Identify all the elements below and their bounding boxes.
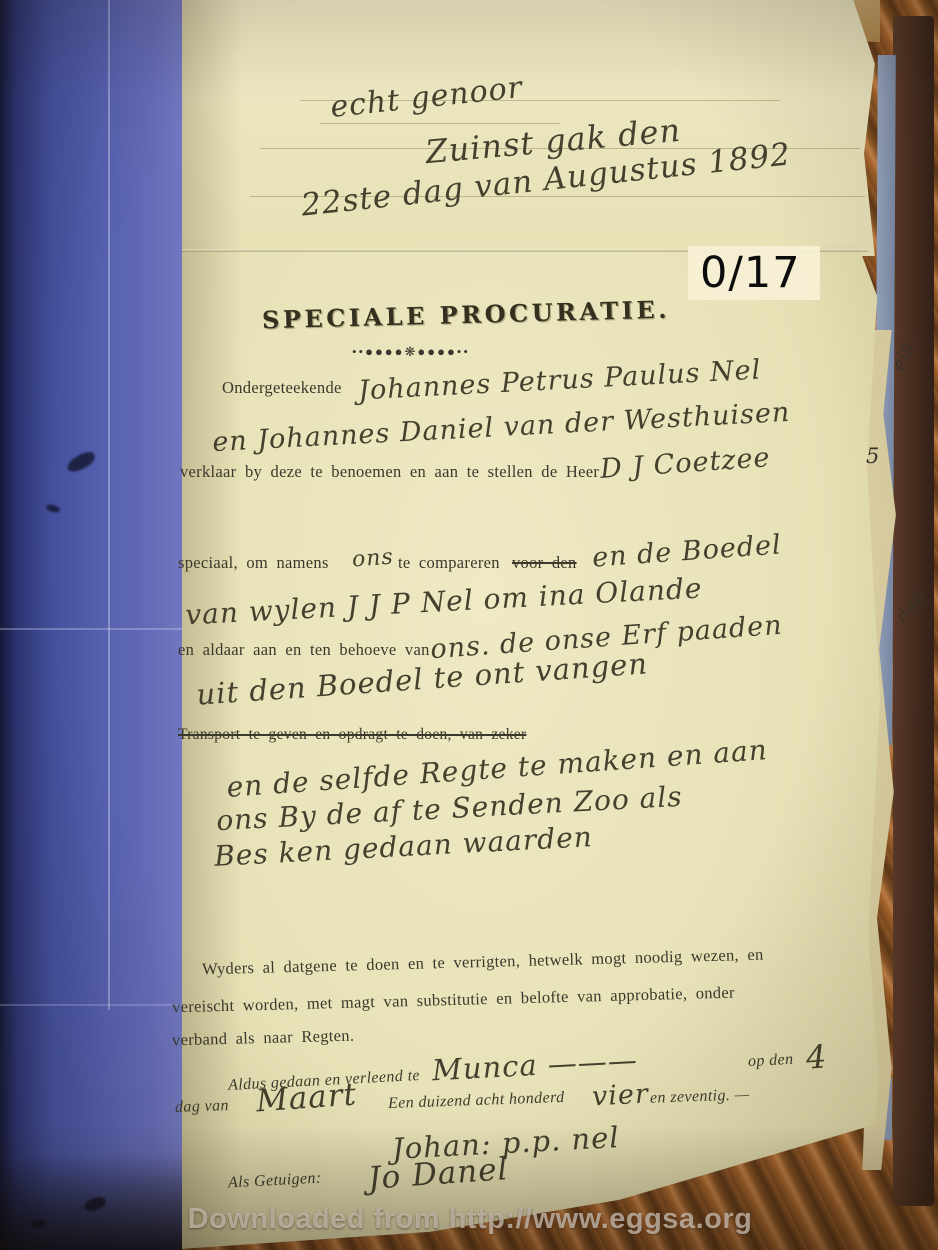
hw-ons: ons: [351, 545, 394, 573]
ink-smudge: [45, 503, 61, 514]
printed-benoemen: by deze te benoemen en aan te stellen de…: [245, 462, 599, 482]
printed-voor-den-struck: voor den: [512, 553, 577, 573]
printed-op-den: op den: [748, 1051, 794, 1071]
document-photo: echt genoor Zuinst gak den 22ste dag van…: [0, 0, 938, 1250]
title-ornament: ••●●●●❋●●●●••: [352, 344, 470, 360]
hw-year-word: vier: [591, 1079, 649, 1113]
cover-crease: [108, 0, 110, 1010]
eggsa-watermark: Downloaded from http://www.eggsa.org: [140, 1203, 800, 1236]
margin-ink-fragment: 5: [866, 444, 879, 468]
ink-smudge: [64, 449, 97, 474]
printed-compareren: te compareren: [398, 553, 500, 573]
printed-zeventig: en zeventig. —: [650, 1086, 750, 1107]
printed-transport-struck: Transport te geven en opdragt te doen, v…: [178, 726, 526, 744]
hw-month: Maart: [255, 1077, 358, 1120]
cover-crease: [0, 628, 182, 630]
printed-aldaar: en aldaar aan en ten behoeve van: [178, 640, 430, 660]
printed-dag-van: dag van: [175, 1097, 230, 1117]
hw-day-number: 4: [805, 1037, 829, 1076]
cover-crease: [0, 1004, 182, 1006]
printed-verklaar: verklaar: [180, 462, 236, 482]
image-counter-label: 0/17: [700, 248, 801, 298]
printed-ondergeteekende: Ondergeteekende: [222, 378, 342, 398]
blue-book-cover: [0, 0, 182, 1250]
printed-speciaal: speciaal, om namens: [178, 553, 329, 573]
